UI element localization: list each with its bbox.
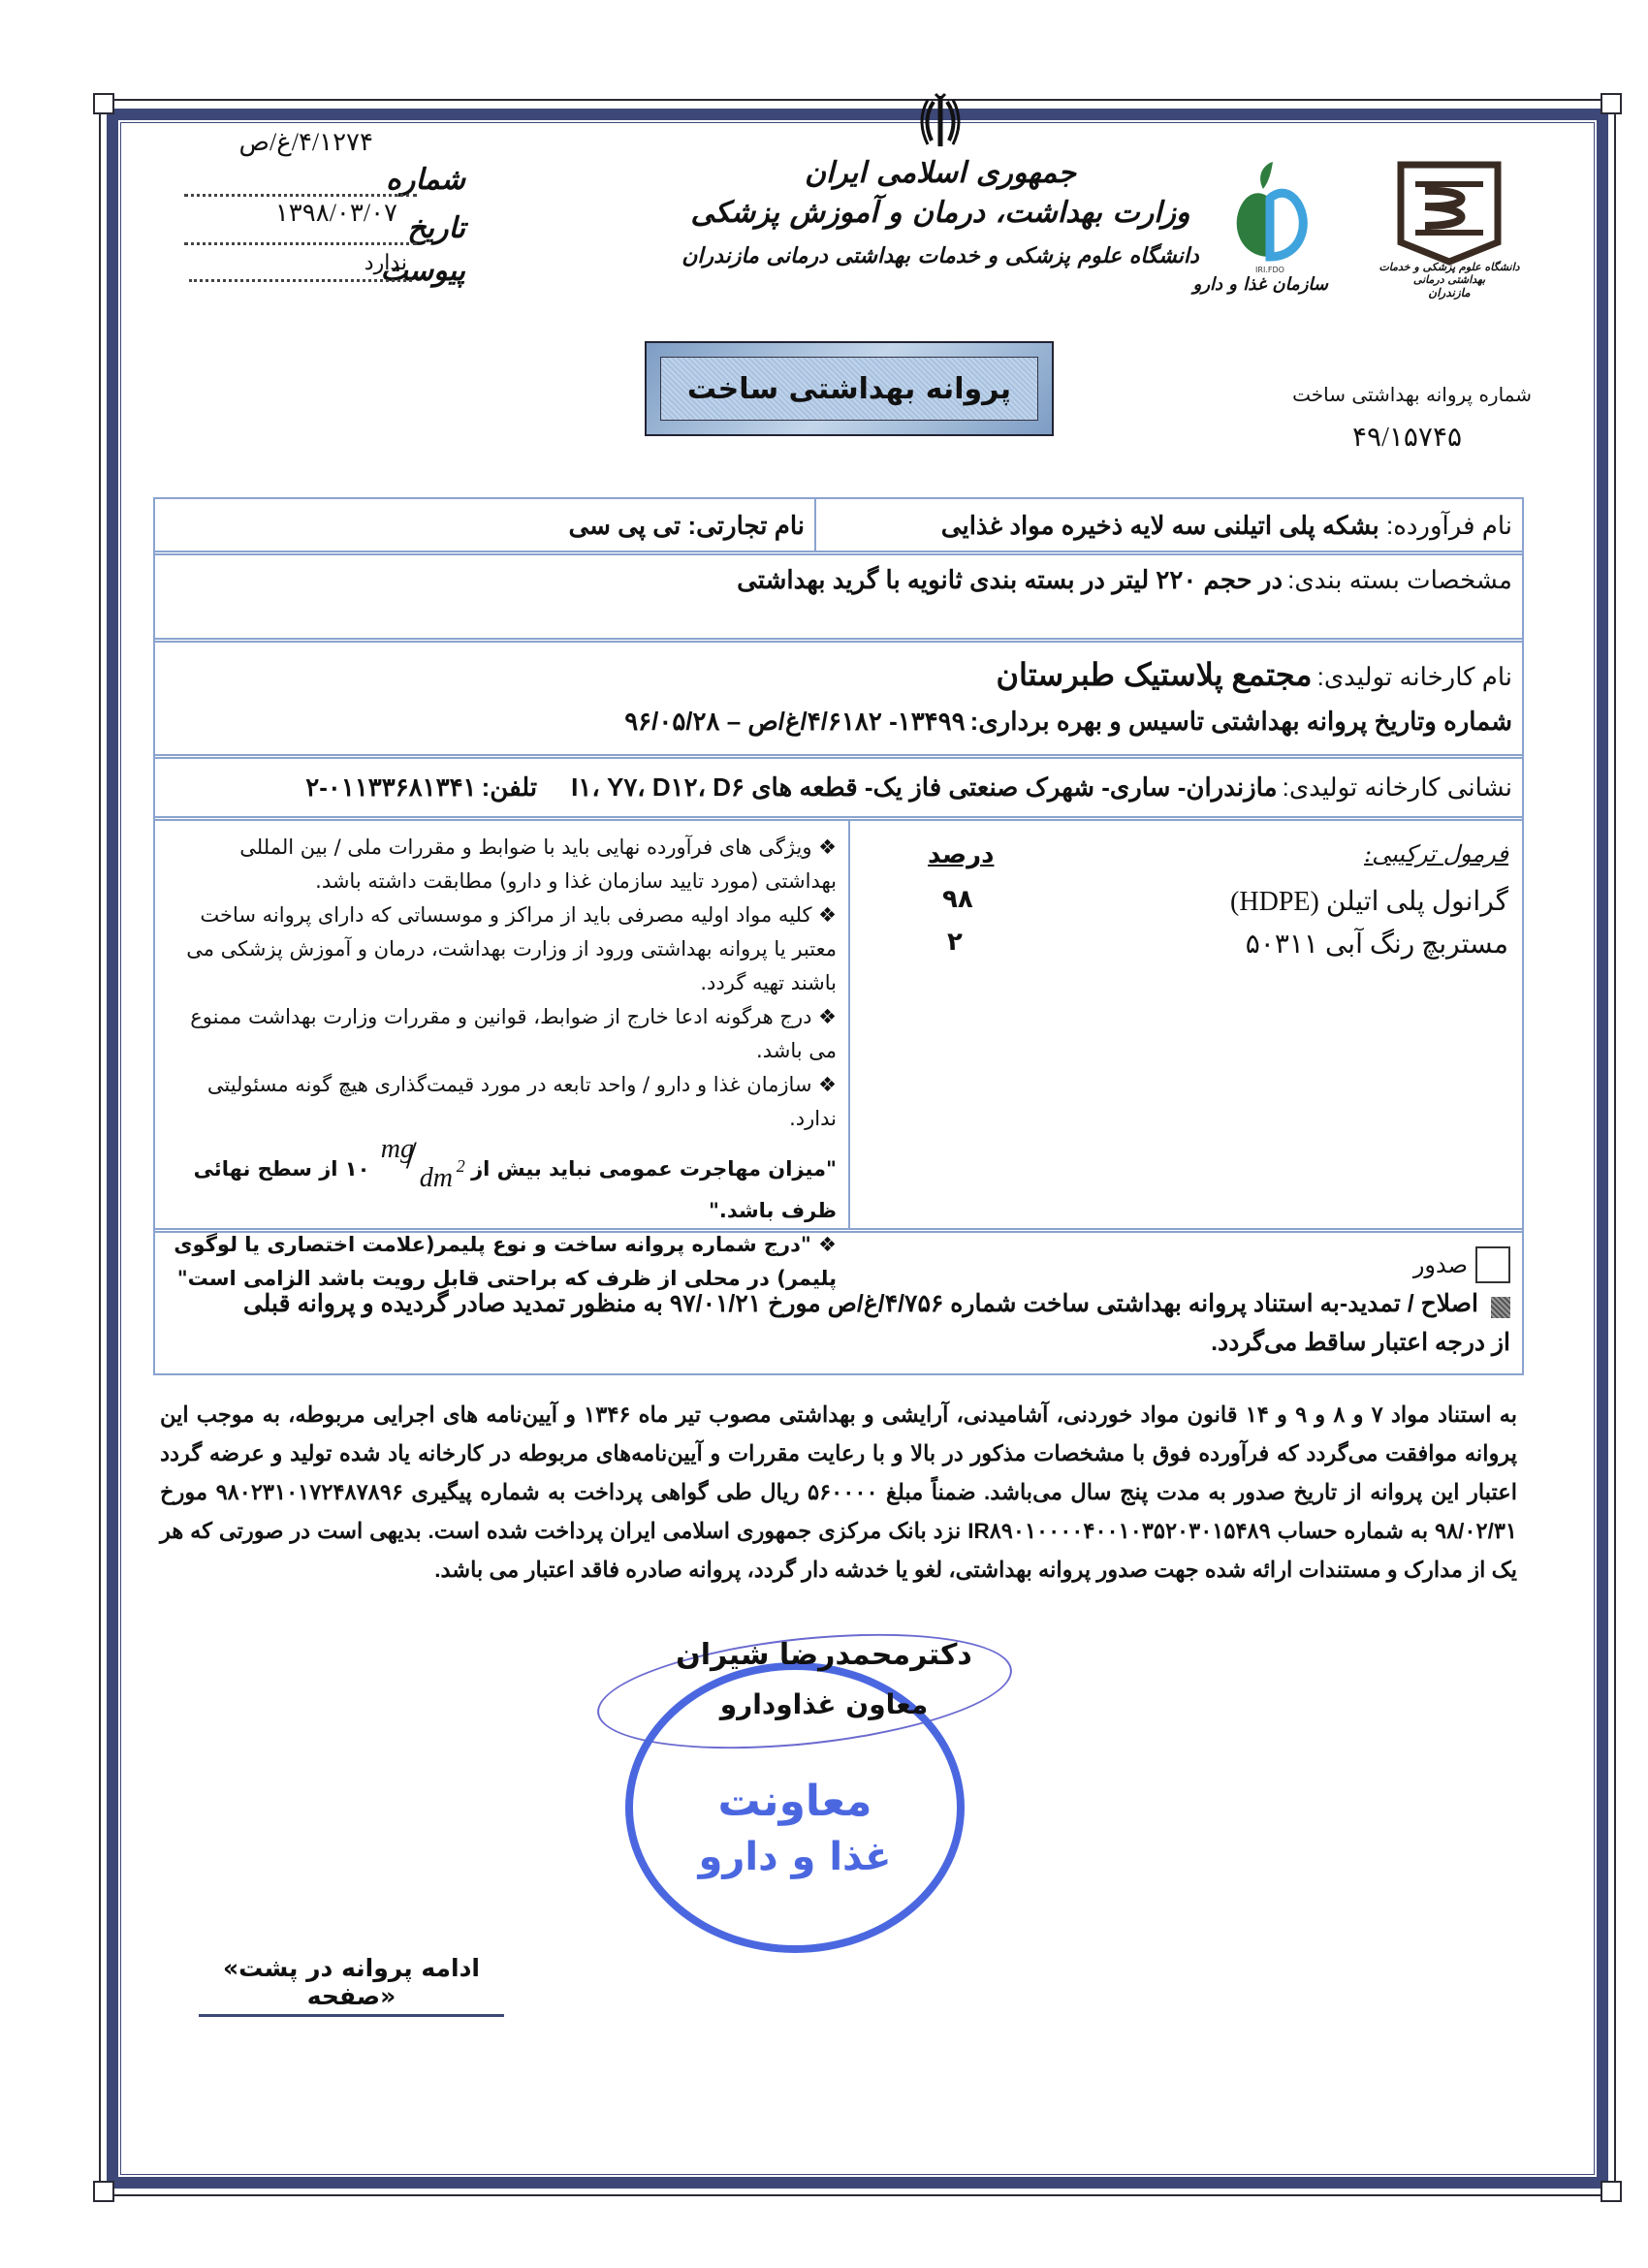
diamond-bullet-icon: ❖ bbox=[811, 835, 837, 859]
packaging-value: در حجم ۲۲۰ لیتر در بسته بندی ثانویه با گ… bbox=[737, 565, 1283, 594]
frame-corner-tl bbox=[93, 93, 114, 114]
factory-value: مجتمع پلاستیک طبرستان bbox=[996, 657, 1312, 692]
university-caption-2: مازندران bbox=[1377, 286, 1522, 299]
brand-cell: نام تجارتی: تی پی سی bbox=[155, 499, 814, 551]
packaging-row: مشخصات بسته بندی: در حجم ۲۲۰ لیتر در بست… bbox=[155, 555, 1522, 643]
product-row: نام فرآورده: بشکه پلی اتیلنی سه لایه ذخی… bbox=[155, 499, 1522, 555]
university-book-icon bbox=[1396, 160, 1503, 257]
iran-emblem-icon bbox=[916, 92, 965, 150]
document-title: پروانه بهداشتی ساخت bbox=[687, 372, 1011, 406]
formula-item-name: گرانول پلی اتیلن (HDPE) bbox=[1230, 885, 1508, 918]
fda-caption: سازمان غذا و دارو bbox=[1212, 274, 1328, 295]
dotted-line bbox=[189, 279, 412, 282]
university-logo: دانشگاه علوم پزشکی و خدمات بهداشتی درمان… bbox=[1377, 160, 1522, 315]
stamp-text-1: معاونت bbox=[633, 1777, 957, 1826]
university-name: دانشگاه علوم پزشکی و خدمات بهداشتی درمان… bbox=[679, 243, 1202, 268]
fda-code: IRI.FDO bbox=[1212, 266, 1328, 274]
frame-corner-tr bbox=[1600, 93, 1622, 114]
address-row: نشانی کارخانه تولیدی: مازندران- ساری- شه… bbox=[155, 759, 1522, 821]
license-number: ۴۹/۱۵۷۴۵ bbox=[1352, 421, 1498, 454]
ministry-name: وزارت بهداشت، درمان و آموزش پزشکی bbox=[679, 196, 1202, 230]
frame-corner-br bbox=[1600, 2181, 1622, 2202]
issue-label: صدور bbox=[1413, 1251, 1468, 1278]
validity-years: پنج bbox=[1120, 1479, 1148, 1505]
diamond-bullet-icon: ❖ bbox=[811, 1005, 837, 1028]
fda-apple-icon bbox=[1226, 160, 1314, 262]
ref-number-label: شماره bbox=[386, 163, 465, 197]
formula-item-name: مستربچ رنگ آبی ۵۰۳۱۱ bbox=[1246, 928, 1508, 961]
ministry-header: جمهوری اسلامی ایران وزارت بهداشت، درمان … bbox=[679, 92, 1202, 334]
title-inner: پروانه بهداشتی ساخت bbox=[660, 357, 1038, 421]
university-caption-1: دانشگاه علوم پزشکی و خدمات بهداشتی درمان… bbox=[1377, 261, 1522, 286]
signatory-name: دکترمحمدرضا شیران bbox=[620, 1638, 1028, 1672]
frame-corner-bl bbox=[93, 2181, 114, 2202]
packaging-label: مشخصات بسته بندی: bbox=[1287, 565, 1512, 594]
formula-title: فرمول ترکیبی: bbox=[1364, 840, 1508, 869]
continued-overleaf-note: «ادامه پروانه در پشت صفحه» bbox=[199, 1954, 504, 2017]
diamond-bullet-icon: ❖ bbox=[811, 1073, 837, 1096]
ref-attachment-label: پیوست bbox=[381, 254, 466, 288]
formula-cell: فرمول ترکیبی: درصد گرانول پلی اتیلن (HDP… bbox=[848, 821, 1522, 1228]
formula-item: گرانول پلی اتیلن (HDPE) ۹۸ bbox=[850, 885, 1508, 918]
phone-value: ۰۱۱۳۳۶۸۱۳۴۱-۲ bbox=[305, 772, 476, 802]
amend-checkbox-checked[interactable] bbox=[1491, 1297, 1510, 1318]
establishment-value: ۱۳۴۹۹- ۴/۶۱۸۲/غ/ص – ۹۶/۰۵/۲۸ bbox=[624, 707, 965, 736]
issue-checkbox[interactable] bbox=[1475, 1246, 1510, 1283]
reference-block: ۴/۱۲۷۴/غ/ص شماره ۱۳۹۸/۰۳/۰۷ تاریخ ندارد … bbox=[165, 126, 465, 310]
address-label: نشانی کارخانه تولیدی: bbox=[1283, 772, 1512, 802]
signatory-title: معاون غذاودارو bbox=[620, 1688, 1028, 1720]
fda-logo: IRI.FDO سازمان غذا و دارو bbox=[1212, 160, 1328, 305]
formula-item: مستربچ رنگ آبی ۵۰۳۱۱ ۲ bbox=[850, 928, 1508, 961]
diamond-bullet-icon: ❖ bbox=[811, 903, 837, 927]
percent-header: درصد bbox=[928, 840, 994, 869]
address-value: مازندران- ساری- شهرک صنعتی فاز یک- قطعه … bbox=[571, 772, 1277, 802]
product-label: نام فرآورده: bbox=[1386, 511, 1512, 540]
product-cell: نام فرآورده: بشکه پلی اتیلنی سه لایه ذخی… bbox=[814, 499, 1522, 551]
dotted-line bbox=[184, 242, 417, 245]
brand-value: تی پی سی bbox=[569, 511, 681, 540]
ref-number-value: ۴/۱۲۷۴/غ/ص bbox=[239, 128, 373, 157]
ref-date-label: تاریخ bbox=[407, 211, 465, 245]
phone-label: تلفن: bbox=[482, 772, 537, 802]
note-item: ❖ ویژگی های فرآورده نهایی باید با ضوابط … bbox=[169, 831, 837, 898]
stamp-text-2: غذا و دارو bbox=[633, 1835, 957, 1879]
ref-date-value: ۱۳۹۸/۰۳/۰۷ bbox=[275, 199, 397, 228]
establishment-label: شماره وتاریخ پروانه بهداشتی تاسیس و بهره… bbox=[970, 707, 1512, 736]
formula-item-percent: ۹۸ bbox=[942, 885, 973, 918]
document-title-box: پروانه بهداشتی ساخت bbox=[645, 341, 1054, 436]
product-value: بشکه پلی اتیلنی سه لایه ذخیره مواد غذایی bbox=[941, 511, 1379, 540]
factory-row: نام کارخانه تولیدی: مجتمع پلاستیک طبرستا… bbox=[155, 643, 1522, 759]
license-number-label: شماره پروانه بهداشتی ساخت bbox=[1260, 383, 1532, 406]
formula-item-percent: ۲ bbox=[947, 928, 963, 961]
dotted-line bbox=[184, 194, 417, 197]
factory-label: نام کارخانه تولیدی: bbox=[1317, 662, 1512, 691]
republic-name: جمهوری اسلامی ایران bbox=[679, 156, 1202, 190]
brand-label: نام تجارتی: bbox=[687, 511, 805, 540]
